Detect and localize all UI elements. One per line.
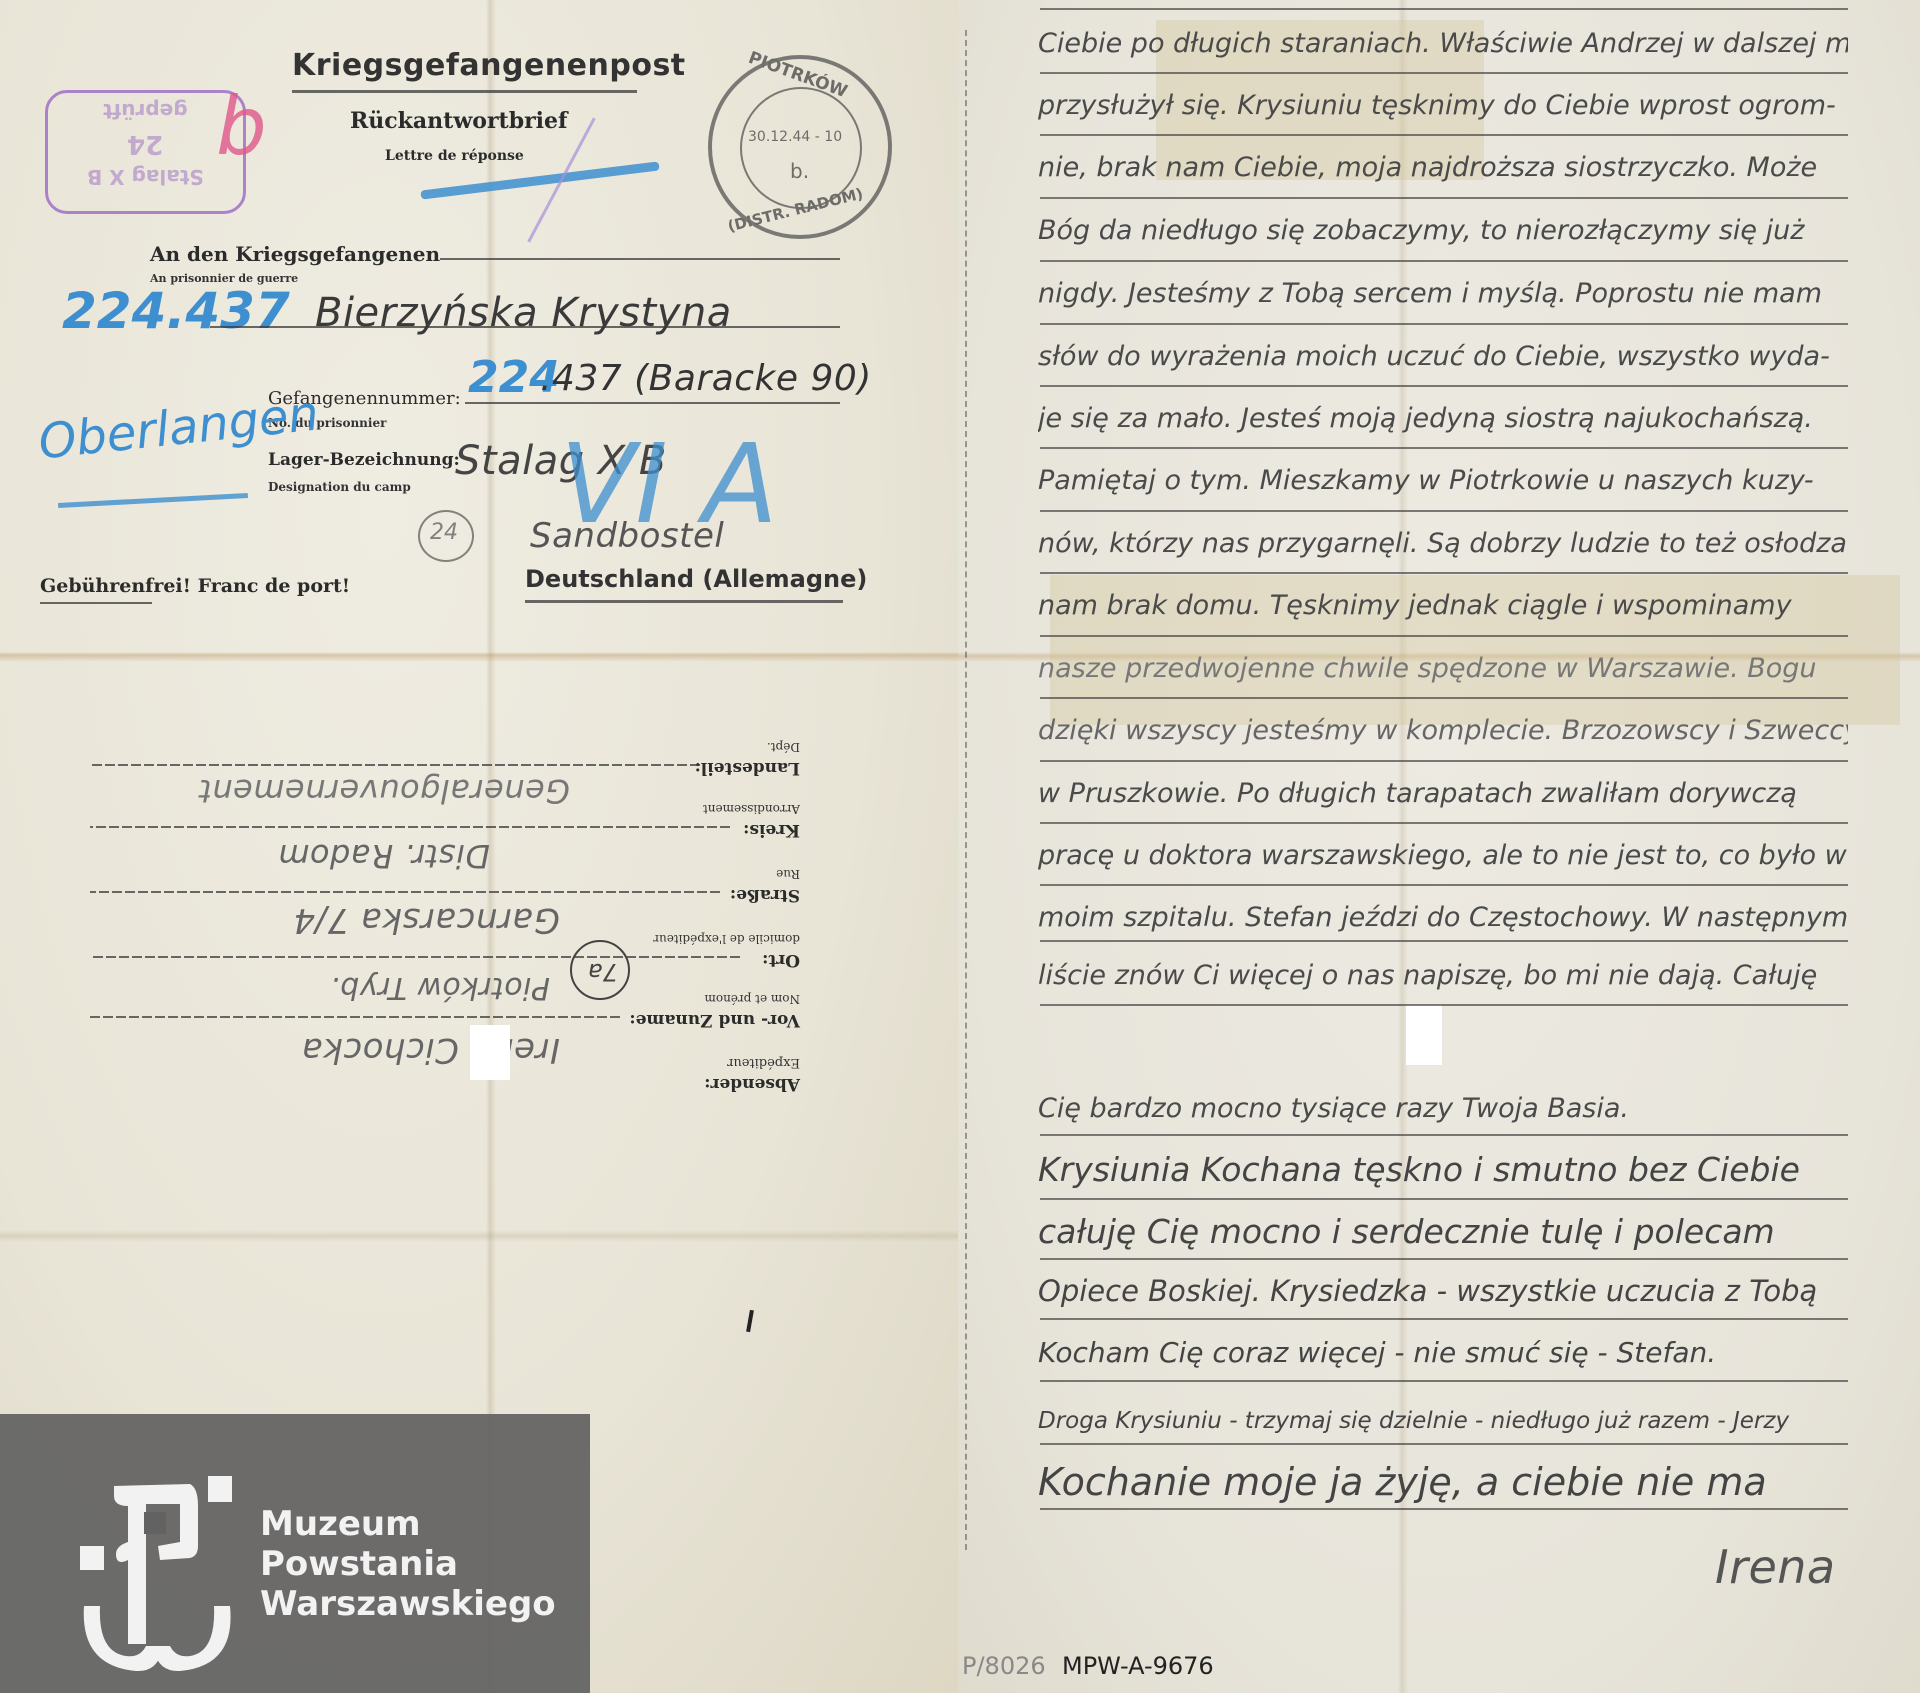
card-subtitle: Rückantwortbrief	[350, 108, 568, 134]
to-rule	[440, 258, 840, 260]
letter-rule	[1040, 1508, 1848, 1510]
letter-rule	[1040, 635, 1848, 637]
postscript-line: Opiece Boskiej. Krysiedzka - wszystkie u…	[1038, 1274, 1848, 1308]
censor-pink-mark: b	[216, 80, 267, 173]
catalog-number-pencil: P/8026	[962, 1652, 1046, 1680]
sender-heading-fr: Expéditeur	[727, 1055, 800, 1070]
sender-field-rule	[90, 764, 700, 766]
postscript-line: Kocham Cię coraz więcej - nie smuć się -…	[1038, 1336, 1848, 1369]
country-underline	[525, 600, 843, 603]
letter-line: przysłużył się. Krysiuniu tęsknimy do Ci…	[1038, 90, 1848, 121]
sender-field-value: Irena Cichocka	[301, 1030, 560, 1070]
circled-mark: 24	[418, 510, 474, 562]
country: Deutschland (Allemagne)	[525, 565, 867, 593]
letter-line: w Pruszkowie. Po długich tarapatach zwal…	[1038, 778, 1848, 809]
letter-line: liście znów Ci więcej o nas napiszę, bo …	[1038, 960, 1848, 991]
sender-field-label-fr: Dépt.	[767, 740, 800, 754]
postscript-line: Kochanie moje ja żyję, a ciebie nie ma	[1038, 1460, 1848, 1504]
sender-field-value: Piotrków Tryb.	[330, 970, 550, 1005]
sender-field-label: Vor- und Zuname:	[629, 1010, 800, 1030]
letter-rule	[1040, 884, 1848, 886]
letter-rule	[1040, 1443, 1848, 1445]
letter-rule	[1040, 510, 1848, 512]
sender-circled-mark-text: 7a	[588, 958, 618, 986]
letter-line: nów, którzy nas przygarnęli. Są dobrzy l…	[1038, 528, 1848, 559]
postage-free: Gebührenfrei! Franc de port!	[40, 575, 350, 597]
museum-name-line-3: Warszawskiego	[260, 1584, 556, 1624]
letter-line: Pamiętaj o tym. Mieszkamy w Piotrkowie u…	[1038, 465, 1848, 496]
margin-line	[965, 30, 967, 1550]
stray-mark	[746, 1310, 754, 1332]
sender-field-label: Kreis:	[743, 820, 800, 840]
catalog-number-ink: MPW-A-9676	[1062, 1652, 1214, 1680]
title-underline	[292, 90, 637, 93]
letter-rule	[1040, 760, 1848, 762]
sender-field-value: Garncarska 7/4	[293, 900, 560, 940]
recipient-name: Bierzyńska Krystyna	[315, 290, 732, 336]
letter-rule	[1040, 940, 1848, 942]
letter-line: Ciebie po długich staraniach. Właściwie …	[1038, 28, 1848, 59]
camp-location: Sandbostel	[530, 516, 724, 556]
letter-rule	[1040, 697, 1848, 699]
sender-section: Absender: Expéditeur Vor- und Zuname: No…	[80, 700, 800, 1100]
kotwica-anchor-icon	[80, 1476, 240, 1676]
sender-field-value: Distr. Radom	[278, 837, 490, 875]
censor-stamp-line-2: 24	[127, 129, 163, 159]
signature: Irena	[1715, 1540, 1836, 1594]
sender-circled-mark: 7a	[570, 940, 630, 1000]
museum-watermark: Muzeum Powstania Warszawskiego	[0, 1414, 590, 1693]
blue-underline-mark	[58, 493, 248, 508]
postscript-line: Krysiunia Kochana tęskno i smutno bez Ci…	[1038, 1150, 1848, 1189]
sender-field-label: Landesteil:	[695, 758, 800, 778]
letter-line: Cię bardzo mocno tysiące razy Twoja Basi…	[1038, 1093, 1848, 1124]
fold-hole	[1406, 1005, 1442, 1065]
letter-rule	[1040, 260, 1848, 262]
card-title: Kriegsgefangenenpost	[292, 48, 686, 83]
letter-line: moim szpitalu. Stefan jeździ do Częstoch…	[1038, 902, 1848, 933]
sender-field-rule	[90, 891, 720, 893]
circled-mark-text: 24	[430, 520, 458, 545]
letter-line: nie, brak nam Ciebie, moja najdroższa si…	[1038, 152, 1848, 183]
censor-stamp-line-1: Stalag X B	[87, 165, 204, 189]
letter-rule	[1040, 1198, 1848, 1200]
postmark: PIOTRKÓW 30.12.44 - 10 b. (DISTR. RADOM)	[708, 55, 892, 239]
letter-line: je się za mało. Jesteś moją jedyną siost…	[1038, 403, 1848, 434]
postmark-date: 30.12.44 - 10	[748, 129, 842, 145]
sender-heading: Absender:	[704, 1074, 800, 1094]
sender-field-rule	[90, 826, 730, 828]
museum-name-line-2: Powstania	[260, 1544, 458, 1584]
sender-field-label: Straße:	[730, 885, 800, 905]
censor-stamp-line-3: geprüft	[103, 99, 188, 123]
sender-field-label-fr: Nom et prénom	[704, 992, 800, 1006]
recipient-number-blue: 224.437	[62, 282, 290, 340]
postage-underline	[40, 602, 152, 604]
blue-strike-mark	[420, 161, 659, 199]
camp-label-fr: Designation du camp	[268, 480, 411, 494]
name-rule	[210, 326, 840, 328]
prisoner-number-value: .437 (Baracke 90)	[540, 358, 872, 399]
letter-rule	[1040, 447, 1848, 449]
postscript-line: Droga Krysiuniu - trzymaj się dzielnie -…	[1038, 1408, 1848, 1434]
sender-field-rule	[90, 1016, 620, 1018]
letter-rule	[1040, 8, 1848, 10]
sender-field-label: Ort:	[762, 950, 800, 970]
letter-line: pracę u doktora warszawskiego, ale to ni…	[1038, 840, 1848, 871]
letter-rule	[1040, 1004, 1848, 1006]
letter-line: dzięki wszyscy jesteśmy w komplecie. Brz…	[1038, 715, 1848, 746]
letter-rule	[1040, 72, 1848, 74]
letter-rule	[1040, 1134, 1848, 1136]
fold-hole	[470, 1025, 510, 1080]
letter-rule	[1040, 572, 1848, 574]
letter-rule	[1040, 1258, 1848, 1260]
museum-name-line-1: Muzeum	[260, 1504, 421, 1544]
sender-field-label-fr: Arrondissement	[703, 802, 800, 816]
letter-rule	[1040, 134, 1848, 136]
sender-field-label-fr: Rue	[776, 867, 800, 881]
letter-line: nasze przedwojenne chwile spędzone w War…	[1038, 653, 1848, 684]
letter-rule	[1040, 1380, 1848, 1382]
letter-rule	[1040, 822, 1848, 824]
letter-line: nigdy. Jesteśmy z Tobą sercem i myślą. P…	[1038, 278, 1848, 309]
letter-rule	[1040, 1318, 1848, 1320]
letter-rule	[1040, 323, 1848, 325]
letter-rule	[1040, 197, 1848, 199]
postmark-letter: b.	[790, 159, 809, 183]
prisoner-number-rule	[465, 402, 840, 404]
sender-field-label-fr: domicile de l'expéditeur	[653, 932, 800, 946]
to-label: An den Kriegsgefangenen	[150, 242, 440, 266]
letter-line: Bóg da niedługo się zobaczymy, to nieroz…	[1038, 215, 1848, 246]
sender-field-value: Generalgouvernement	[199, 772, 570, 810]
sender-field-rule	[90, 956, 740, 958]
card-subtitle-fr: Lettre de réponse	[385, 148, 524, 164]
camp-label: Lager-Bezeichnung:	[268, 450, 460, 470]
letter-line: nam brak domu. Tęsknimy jednak ciągle i …	[1038, 590, 1848, 621]
letter-rule	[1040, 385, 1848, 387]
postscript-line: całuję Cię mocno i serdecznie tulę i pol…	[1038, 1212, 1848, 1251]
letter-line: słów do wyrażenia moich uczuć do Ciebie,…	[1038, 341, 1848, 372]
